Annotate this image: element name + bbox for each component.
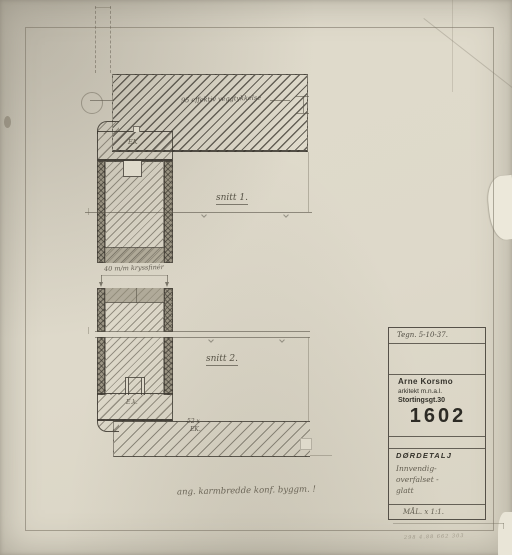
tick-mark <box>88 208 89 215</box>
archive-stamp: 298 4.88 662 303 <box>404 533 465 541</box>
wall-dim-tick <box>296 113 309 114</box>
architect-address: Stortingsgt.30 <box>389 397 487 404</box>
dim-arrow-left <box>99 282 103 287</box>
dim-arrow-right <box>165 282 169 287</box>
section2-label: snitt 2. <box>206 354 238 366</box>
corner-wear-mark <box>498 512 512 555</box>
dim-extension-left <box>101 275 102 282</box>
title-block: Tegn. 5-10-37. Arne Korsmo arkitekt m.n.… <box>388 327 486 520</box>
construction-line <box>110 6 111 73</box>
sill-label-line1: 52 x <box>187 418 200 425</box>
title-block-date: Tegn. 5-10-37. <box>397 331 448 339</box>
scale-note: MÅL. x 1:1. <box>403 508 444 516</box>
tick-mark <box>88 327 89 334</box>
door-face-left-2a <box>97 288 105 332</box>
centerline-dash <box>90 100 114 101</box>
architect-stamp: Arne Korsmo arkitekt m.n.a.l. Stortingsg… <box>389 377 487 428</box>
sill-label-line2: EK. <box>190 426 201 433</box>
centerline-dash <box>270 100 290 101</box>
door-leaf-2b <box>105 337 164 395</box>
doc-title-area: DØRDETALJ Innvendig- overfalset - glatt <box>389 451 487 495</box>
jamb-projection-line <box>308 152 309 212</box>
doc-subtitle-line3: glatt <box>389 486 487 495</box>
section1-label-text: snitt 1. <box>216 193 248 205</box>
title-block-divider <box>389 343 485 344</box>
guide-line <box>393 523 504 524</box>
door-end-grain-1 <box>105 247 164 263</box>
door-face-left-2b <box>97 337 105 395</box>
end-grain-divider <box>136 288 137 303</box>
frame-bottom-label: E.k. <box>126 399 138 406</box>
wall-dim-bracket <box>303 96 304 113</box>
door-face-right-2a <box>164 288 173 332</box>
sill-band <box>113 421 310 457</box>
fold-line-1 <box>85 212 312 213</box>
frame-head-section <box>97 131 173 161</box>
frame-stop-notch <box>133 126 140 132</box>
circle-mark <box>81 92 103 114</box>
dim-extension-right <box>167 275 168 282</box>
doc-subtitle-line2: overfalset - <box>389 475 487 484</box>
architect-title: arkitekt m.n.a.l. <box>389 388 487 395</box>
wall-dim-tick <box>296 96 309 97</box>
title-block-divider <box>389 448 485 449</box>
groove-notch <box>123 161 142 177</box>
door-face-right-2b <box>164 337 173 395</box>
doc-title: DØRDETALJ <box>389 451 487 460</box>
dim-line <box>101 275 168 276</box>
door-end-grain-2 <box>105 288 164 303</box>
fold-line-2a <box>95 331 310 332</box>
edge-speck <box>4 116 11 128</box>
paper-sheet: 95 effektiv veggtykkelse EK snitt 1. 40 … <box>0 0 512 555</box>
title-block-divider <box>389 374 485 375</box>
guide-tick <box>503 523 504 529</box>
title-block-divider <box>389 504 485 505</box>
jamb-projection-line <box>308 337 309 421</box>
sill-extension-line <box>310 455 332 456</box>
title-block-divider <box>389 436 485 437</box>
drawing-number: 1602 <box>389 405 487 428</box>
construction-line <box>95 6 96 73</box>
section2-label-text: snitt 2. <box>206 354 238 366</box>
architect-name: Arne Korsmo <box>389 377 487 386</box>
construction-line <box>95 7 111 8</box>
frame-top-label: EK <box>128 138 138 146</box>
sill-notch <box>300 438 312 450</box>
frame-sill-section <box>97 393 173 421</box>
section1-label: snitt 1. <box>216 193 248 205</box>
doc-subtitle-line1: Innvendig- <box>389 464 487 473</box>
